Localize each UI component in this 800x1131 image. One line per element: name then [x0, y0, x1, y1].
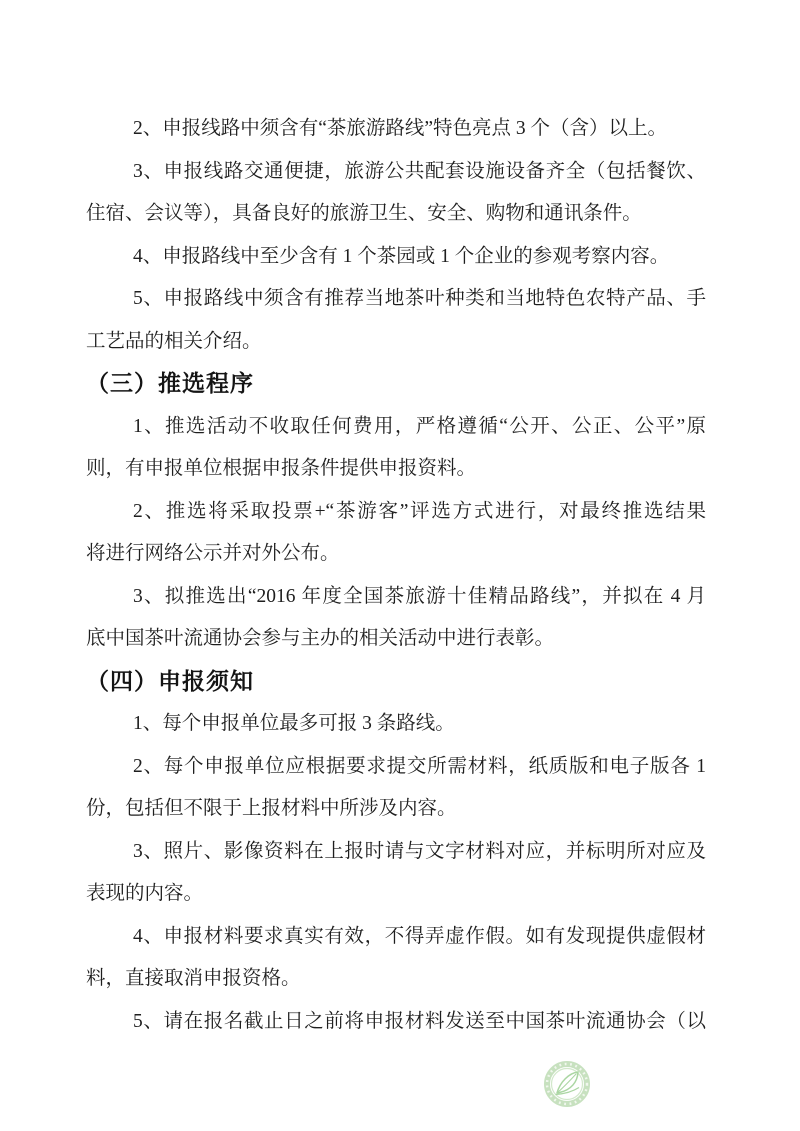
text-line: 5、申报路线中须含有推荐当地茶叶种类和当地特色农特产品、手: [86, 278, 706, 321]
section-heading: （三）推选程序: [86, 363, 706, 406]
text-line: 底中国茶叶流通协会参与主办的相关活动中进行表彰。: [86, 618, 706, 661]
text-line: 工艺品的相关介绍。: [86, 321, 706, 364]
paragraph: 2、申报线路中须含有“茶旅游路线”特色亮点 3 个（含）以上。: [86, 108, 706, 151]
document-page: 2、申报线路中须含有“茶旅游路线”特色亮点 3 个（含）以上。3、申报线路交通便…: [0, 0, 800, 1131]
leaf-icon: [543, 1060, 591, 1108]
text-line: 住宿、会议等），具备良好的旅游卫生、安全、购物和通讯条件。: [86, 193, 706, 236]
text-line: 2、申报线路中须含有“茶旅游路线”特色亮点 3 个（含）以上。: [86, 108, 706, 151]
paragraph: 3、照片、影像资料在上报时请与文字材料对应，并标明所对应及表现的内容。: [86, 831, 706, 916]
text-line: 3、申报线路交通便捷，旅游公共配套设施设备齐全（包括餐饮、: [86, 151, 706, 194]
paragraph: 5、请在报名截止日之前将申报材料发送至中国茶叶流通协会（以: [86, 1001, 706, 1044]
text-line: 4、申报材料要求真实有效，不得弄虚作假。如有发现提供虚假材: [86, 916, 706, 959]
text-line: 表现的内容。: [86, 873, 706, 916]
paragraph: 4、申报路线中至少含有 1 个茶园或 1 个企业的参观考察内容。: [86, 236, 706, 279]
paragraph: 2、每个申报单位应根据要求提交所需材料，纸质版和电子版各 1份，包括但不限于上报…: [86, 746, 706, 831]
text-line: 1、每个申报单位最多可报 3 条路线。: [86, 703, 706, 746]
paragraph: 4、申报材料要求真实有效，不得弄虚作假。如有发现提供虚假材料，直接取消申报资格。: [86, 916, 706, 1001]
document-body: 2、申报线路中须含有“茶旅游路线”特色亮点 3 个（含）以上。3、申报线路交通便…: [86, 108, 706, 1043]
text-line: 2、每个申报单位应根据要求提交所需材料，纸质版和电子版各 1: [86, 746, 706, 789]
text-line: 将进行网络公示并对外公布。: [86, 533, 706, 576]
text-line: 5、请在报名截止日之前将申报材料发送至中国茶叶流通协会（以: [86, 1001, 706, 1044]
paragraph: 3、拟推选出“2016 年度全国茶旅游十佳精品路线”，并拟在 4 月底中国茶叶流…: [86, 576, 706, 661]
paragraph: 3、申报线路交通便捷，旅游公共配套设施设备齐全（包括餐饮、住宿、会议等），具备良…: [86, 151, 706, 236]
text-line: 3、照片、影像资料在上报时请与文字材料对应，并标明所对应及: [86, 831, 706, 874]
text-line: （三）推选程序: [86, 363, 706, 406]
text-line: 4、申报路线中至少含有 1 个茶园或 1 个企业的参观考察内容。: [86, 236, 706, 279]
association-seal-watermark: [543, 1060, 591, 1108]
text-line: 料，直接取消申报资格。: [86, 958, 706, 1001]
text-line: 则，有申报单位根据申报条件提供申报资料。: [86, 448, 706, 491]
text-line: （四）申报须知: [86, 661, 706, 704]
text-line: 2、推选将采取投票+“茶游客”评选方式进行，对最终推选结果: [86, 491, 706, 534]
text-line: 1、推选活动不收取任何费用，严格遵循“公开、公正、公平”原: [86, 406, 706, 449]
paragraph: 5、申报路线中须含有推荐当地茶叶种类和当地特色农特产品、手工艺品的相关介绍。: [86, 278, 706, 363]
text-line: 份，包括但不限于上报材料中所涉及内容。: [86, 788, 706, 831]
section-heading: （四）申报须知: [86, 661, 706, 704]
paragraph: 1、每个申报单位最多可报 3 条路线。: [86, 703, 706, 746]
paragraph: 1、推选活动不收取任何费用，严格遵循“公开、公正、公平”原则，有申报单位根据申报…: [86, 406, 706, 491]
text-line: 3、拟推选出“2016 年度全国茶旅游十佳精品路线”，并拟在 4 月: [86, 576, 706, 619]
paragraph: 2、推选将采取投票+“茶游客”评选方式进行，对最终推选结果将进行网络公示并对外公…: [86, 491, 706, 576]
